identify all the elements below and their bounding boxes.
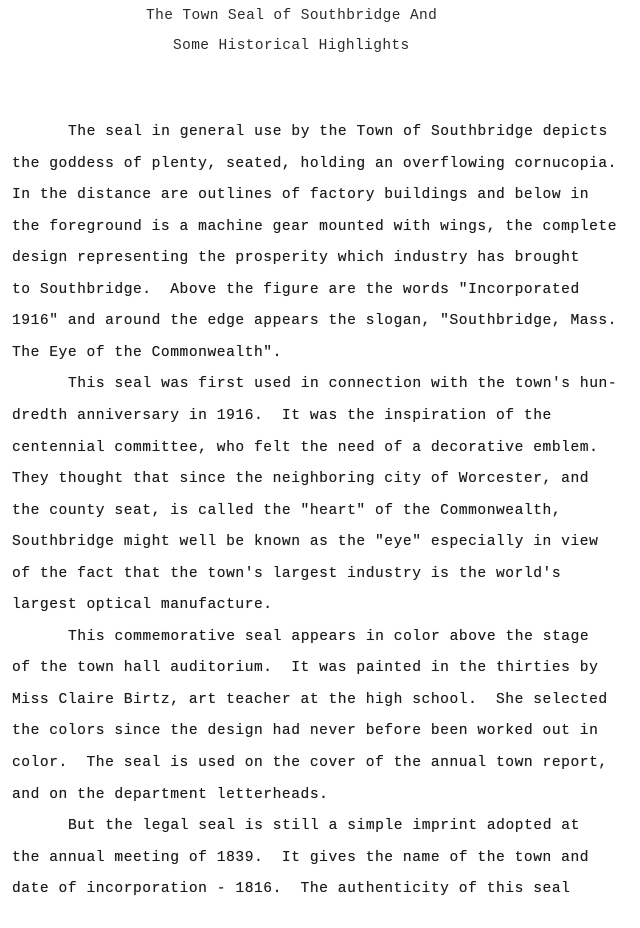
text-line: But the legal seal is still a simple imp…	[68, 818, 580, 834]
text-line: of the fact that the town's largest indu…	[12, 566, 561, 582]
text-line: design representing the prosperity which…	[12, 250, 580, 266]
text-line: date of incorporation - 1816. The authen…	[12, 881, 570, 897]
text-line: of the town hall auditorium. It was pain…	[12, 660, 598, 676]
text-line: The Eye of the Commonwealth".	[12, 345, 282, 361]
text-line: 1916" and around the edge appears the sl…	[12, 313, 617, 329]
text-line: color. The seal is used on the cover of …	[12, 755, 608, 771]
text-line: largest optical manufacture.	[12, 597, 273, 613]
text-line: the colors since the design had never be…	[12, 723, 598, 739]
text-line: centennial committee, who felt the need …	[12, 440, 598, 456]
text-line: the annual meeting of 1839. It gives the…	[12, 850, 589, 866]
text-line: the foreground is a machine gear mounted…	[12, 219, 617, 235]
document-title-line-2: Some Historical Highlights	[173, 38, 640, 54]
text-line: the goddess of plenty, seated, holding a…	[12, 156, 617, 172]
text-line: The seal in general use by the Town of S…	[68, 124, 608, 140]
text-line: They thought that since the neighboring …	[12, 471, 589, 487]
text-line: This commemorative seal appears in color…	[68, 629, 589, 645]
text-line: and on the department letterheads.	[12, 787, 328, 803]
text-line: Southbridge might well be known as the "…	[12, 534, 598, 550]
text-line: dredth anniversary in 1916. It was the i…	[12, 408, 552, 424]
document-title-line-1: The Town Seal of Southbridge And	[146, 8, 640, 24]
text-line: Miss Claire Birtz, art teacher at the hi…	[12, 692, 608, 708]
text-line: the county seat, is called the "heart" o…	[12, 503, 561, 519]
typewritten-page: The Town Seal of Southbridge And Some Hi…	[0, 0, 640, 928]
text-line: In the distance are outlines of factory …	[12, 187, 589, 203]
text-line: This seal was first used in connection w…	[68, 376, 617, 392]
text-line: to Southbridge. Above the figure are the…	[12, 282, 580, 298]
